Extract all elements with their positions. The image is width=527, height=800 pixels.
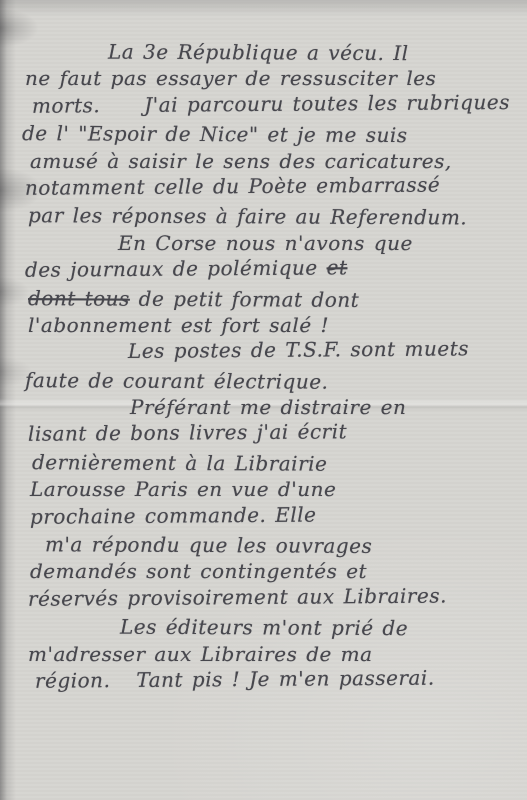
handwriting-line: La 3e République a vécu. Il — [0, 38, 527, 68]
handwriting-text: des journaux de polémique — [25, 256, 327, 282]
handwriting-line: Les éditeurs m'ont prié de — [0, 613, 527, 643]
handwriting-line: lisant de bons livres j'ai écrit — [0, 417, 527, 449]
handwriting-text: m'a répondu que les ouvrages — [45, 532, 372, 558]
handwriting-text: notamment celle du Poète embarrassé — [25, 172, 440, 199]
handwriting-text: prochaine commande. Elle — [30, 502, 317, 528]
handwriting-text: J'ai parcouru toutes les rubriques — [144, 90, 510, 117]
word-gap — [100, 111, 144, 112]
handwriting-line: de l' "Espoir de Nice" et je me suis — [0, 120, 527, 150]
handwriting-text: de l' "Espoir de Nice" et je me suis — [22, 121, 408, 147]
handwriting-text: l'abonnement est fort salé ! — [28, 313, 329, 337]
handwriting-line: notamment celle du Poète embarrassé — [0, 171, 527, 203]
handwriting-line: dont tous de petit format dont — [0, 285, 527, 315]
handwriting-text: morts. — [32, 93, 100, 118]
handwriting-text: Préférant me distraire en — [130, 395, 406, 419]
handwriting-text: lisant de bons livres j'ai écrit — [28, 420, 347, 447]
handwriting-text: Tant pis ! Je m'en passerai. — [136, 666, 434, 692]
handwriting-text: En Corse nous n'avons que — [118, 231, 413, 255]
letter-page: La 3e République a vécu. Ilne faut pas e… — [0, 0, 527, 800]
handwriting-text: réservés provisoirement aux Libraires. — [28, 583, 447, 610]
handwriting-line: des journaux de polémique et — [0, 253, 527, 285]
word-gap — [110, 686, 136, 687]
handwriting-line: par les réponses à faire au Referendum. — [0, 202, 527, 232]
handwriting-text: par les réponses à faire au Referendum. — [28, 203, 467, 229]
handwriting-text: demandés sont contingentés et — [30, 559, 367, 583]
handwriting-text: amusé à saisir le sens des caricatures, — [30, 149, 452, 173]
handwriting-text: Les éditeurs m'ont prié de — [120, 615, 408, 641]
handwriting-text: ne faut pas essayer de ressusciter les — [25, 66, 436, 90]
handwriting-line: dernièrement à la Librairie — [0, 449, 527, 479]
handwriting-line: Les postes de T.S.F. sont muets — [0, 335, 527, 367]
handwriting-line: morts.J'ai parcouru toutes les rubriques — [0, 89, 527, 121]
handwriting-text: de petit format dont — [130, 286, 359, 311]
handwriting-text: région. — [35, 668, 111, 693]
handwriting-text: dernièrement à la Librairie — [32, 450, 328, 476]
handwriting-text: faute de courant électrique. — [25, 368, 329, 394]
handwriting-text: Larousse Paris en vue d'une — [30, 477, 336, 501]
handwriting-line: faute de courant électrique. — [0, 367, 527, 397]
handwriting-line: prochaine commande. Elle — [0, 500, 527, 532]
struck-text: et — [326, 255, 347, 279]
handwriting-line: m'a répondu que les ouvrages — [0, 531, 527, 561]
handwriting-text: La 3e République a vécu. Il — [108, 40, 409, 66]
handwriting-text: m'adresser aux Libraires de ma — [28, 642, 373, 666]
struck-text: dont tous — [28, 286, 130, 311]
handwriting-line: réservés provisoirement aux Libraires. — [0, 582, 527, 614]
handwriting-line: région.Tant pis ! Je m'en passerai. — [0, 664, 527, 696]
handwriting-text: Les postes de T.S.F. sont muets — [128, 337, 469, 364]
letter-text-block: La 3e République a vécu. Ilne faut pas e… — [0, 38, 527, 695]
